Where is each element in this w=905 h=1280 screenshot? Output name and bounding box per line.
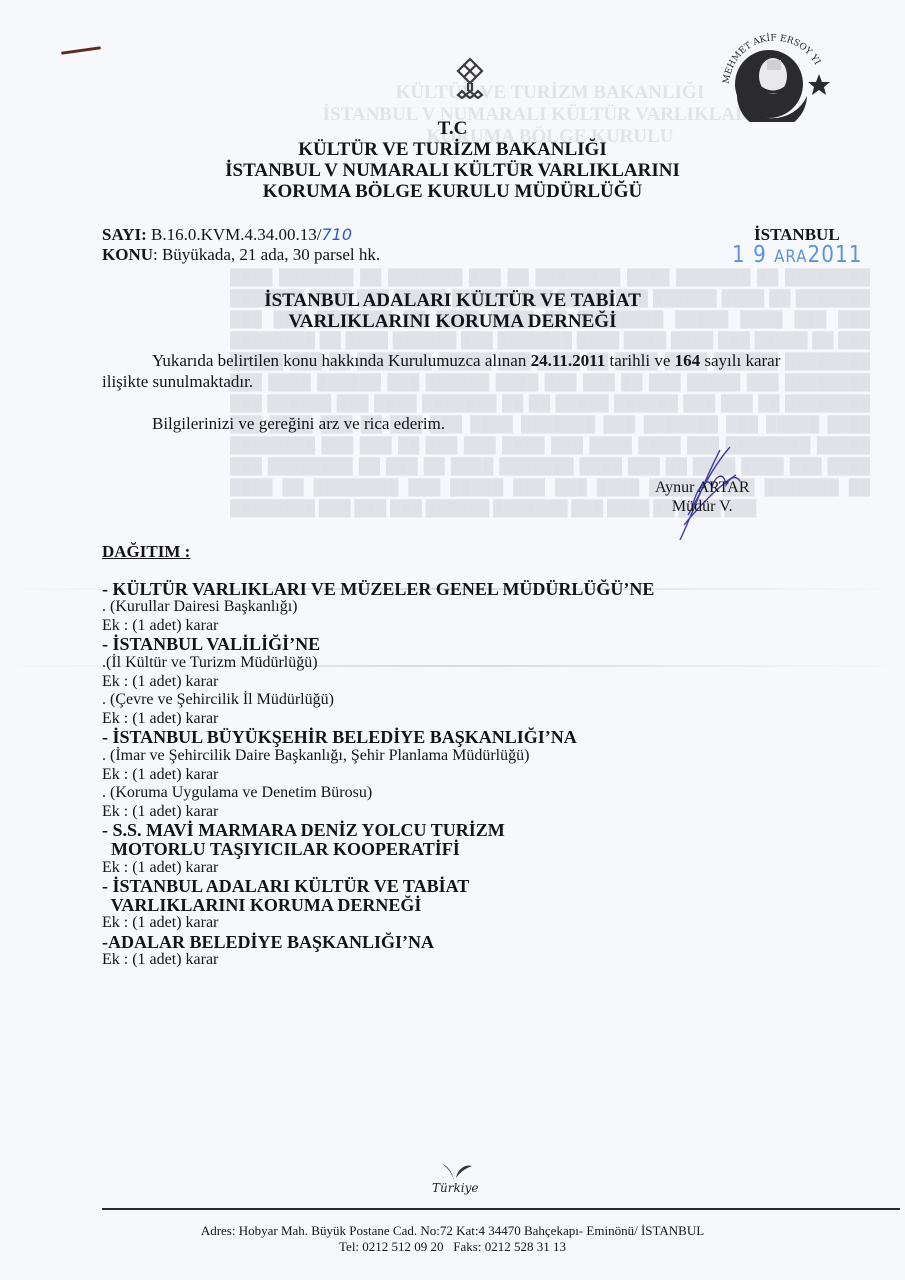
stamp-year: 2011 xyxy=(808,240,863,268)
distribution-recipient: MOTORLU TAŞIYICILAR KOOPERATİFİ xyxy=(102,840,654,859)
svg-text:Türkiye: Türkiye xyxy=(432,1181,478,1195)
ministry-header: T.C KÜLTÜR VE TURİZM BAKANLIĞI İSTANBUL … xyxy=(0,118,905,202)
reference-block: SAYI: B.16.0.KVM.4.34.00.13/710 KONU: Bü… xyxy=(102,225,380,265)
konu-label: KONU xyxy=(102,245,153,264)
sayi-label: SAYI: xyxy=(102,225,147,244)
stamp-month: ARA xyxy=(774,246,807,267)
distribution-subunit: . (Kurullar Dairesi Başkanlığı) xyxy=(102,598,654,617)
signer-title: Müdür V. xyxy=(655,497,750,516)
distribution-subunit: . (İmar ve Şehircilik Daire Başkanlığı, … xyxy=(102,747,654,766)
distribution-subunit: . (Çevre ve Şehircilik İl Müdürlüğü) xyxy=(102,691,654,710)
distribution-attachment: Ek : (1 adet) karar xyxy=(102,951,654,970)
decision-number: 164 xyxy=(675,351,701,370)
distribution-attachment: Ek : (1 adet) karar xyxy=(102,673,654,692)
footer-address: Adres: Hobyar Mah. Büyük Postane Cad. No… xyxy=(0,1223,905,1239)
distribution-title: DAĞITIM : xyxy=(102,543,654,562)
body-paragraph-2: Bilgilerinizi ve gereğini arz ve rica ed… xyxy=(152,414,445,434)
distribution-list: DAĞITIM : - KÜLTÜR VARLIKLARI VE MÜZELER… xyxy=(102,543,654,970)
addressee: İSTANBUL ADALARI KÜLTÜR VE TABİAT VARLIK… xyxy=(0,290,905,332)
distribution-subunit: . (Koruma Uygulama ve Denetim Bürosu) xyxy=(102,784,654,803)
header-office-line2: KORUMA BÖLGE KURULU MÜDÜRLÜĞÜ xyxy=(0,181,905,202)
distribution-attachment: Ek : (1 adet) karar xyxy=(102,803,654,822)
distribution-attachment: Ek : (1 adet) karar xyxy=(102,859,654,878)
distribution-attachment: Ek : (1 adet) karar xyxy=(102,710,654,729)
body-text: ilişikte sunulmaktadır. xyxy=(102,371,842,392)
distribution-attachment: Ek : (1 adet) karar xyxy=(102,766,654,785)
distribution-recipient: - İSTANBUL BÜYÜKŞEHİR BELEDİYE BAŞKANLIĞ… xyxy=(102,728,654,747)
distribution-recipient: - S.S. MAVİ MARMARA DENİZ YOLCU TURİZM xyxy=(102,821,654,840)
footer-phone: Tel: 0212 512 09 20 Faks: 0212 528 31 13 xyxy=(0,1239,905,1255)
sayi-handwritten-number: 710 xyxy=(321,225,352,244)
body-text: sayılı karar xyxy=(700,351,780,370)
pen-mark xyxy=(61,46,101,55)
header-ministry: KÜLTÜR VE TURİZM BAKANLIĞI xyxy=(0,139,905,160)
footer-divider xyxy=(102,1208,900,1210)
body-text: tarihli ve xyxy=(605,351,674,370)
footer: Adres: Hobyar Mah. Büyük Postane Cad. No… xyxy=(0,1223,905,1255)
date-stamp: 1 9 ARA2011 xyxy=(732,240,862,268)
distribution-attachment: Ek : (1 adet) karar xyxy=(102,617,654,636)
decision-date: 24.11.2011 xyxy=(531,351,606,370)
knot-emblem-icon xyxy=(455,57,485,99)
signer-block: Aynur ARTAR Müdür V. xyxy=(655,478,750,516)
header-tc: T.C xyxy=(0,118,905,139)
turkiye-logo-icon: Türkiye xyxy=(424,1158,494,1198)
sayi-value: B.16.0.KVM.4.34.00.13/ xyxy=(151,225,321,244)
body-text: Yukarıda belirtilen konu hakkında Kurulu… xyxy=(152,351,531,370)
distribution-lines: - KÜLTÜR VARLIKLARI VE MÜZELER GENEL MÜD… xyxy=(102,580,654,970)
header-office-line1: İSTANBUL V NUMARALI KÜLTÜR VARLIKLARINI xyxy=(0,160,905,181)
signer-name: Aynur ARTAR xyxy=(655,478,750,497)
stamp-day: 1 9 xyxy=(732,240,767,268)
distribution-recipient: VARLIKLARINI KORUMA DERNEĞİ xyxy=(102,896,654,915)
konu-line: KONU: Büyükada, 21 ada, 30 parsel hk. xyxy=(102,245,380,265)
distribution-recipient: - KÜLTÜR VARLIKLARI VE MÜZELER GENEL MÜD… xyxy=(102,580,654,599)
distribution-recipient: - İSTANBUL ADALARI KÜLTÜR VE TABİAT xyxy=(102,877,654,896)
addressee-line1: İSTANBUL ADALARI KÜLTÜR VE TABİAT xyxy=(0,290,905,311)
document-page: KÜLTÜR VE TURİZM BAKANLIĞIİSTANBUL V NUM… xyxy=(0,0,905,1280)
distribution-attachment: Ek : (1 adet) karar xyxy=(102,914,654,933)
addressee-line2: VARLIKLARINI KORUMA DERNEĞİ xyxy=(0,311,905,332)
distribution-recipient: - İSTANBUL VALİLİĞİ’NE xyxy=(102,635,654,654)
konu-value: : Büyükada, 21 ada, 30 parsel hk. xyxy=(153,245,380,264)
body-paragraph-1: Yukarıda belirtilen konu hakkında Kurulu… xyxy=(102,350,842,392)
sayi-line: SAYI: B.16.0.KVM.4.34.00.13/710 xyxy=(102,225,380,245)
distribution-recipient: -ADALAR BELEDİYE BAŞKANLIĞI’NA xyxy=(102,933,654,952)
distribution-subunit: .(İl Kültür ve Turizm Müdürlüğü) xyxy=(102,654,654,673)
mehmet-akif-ersoy-emblem-icon: MEHMET AKİF ERSOY YILI xyxy=(715,22,835,122)
